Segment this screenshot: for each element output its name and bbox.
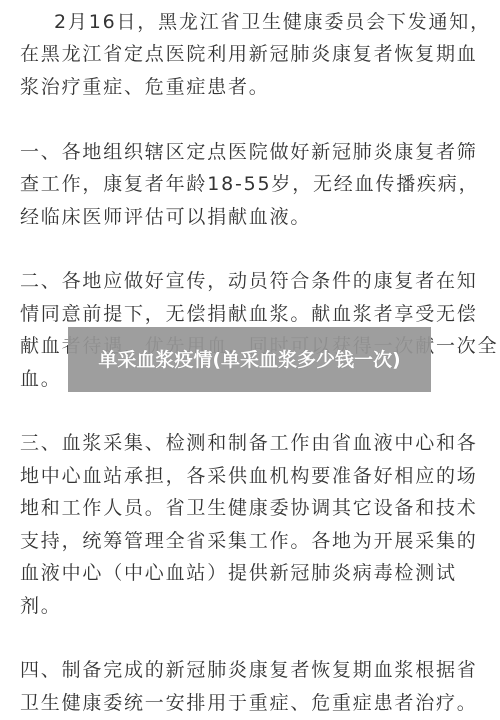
paragraph-line: 二、各地应做好宣传，动员符合条件的康复者在知 (20, 265, 490, 297)
paragraph-line: 浆治疗重症、危重症患者。 (20, 71, 490, 103)
paragraph-item-3: 三、血浆采集、检测和制备工作由省血液中心和各 地中心血站承担，各采供血机构要准备… (20, 427, 490, 622)
paragraph-line: 经临床医师评估可以捐献血液。 (20, 201, 490, 233)
paragraph-spacer (20, 103, 490, 135)
paragraph-line: 三、血浆采集、检测和制备工作由省血液中心和各 (20, 427, 490, 459)
paragraph-line: 支持，统筹管理全省采集工作。各地为开展采集的 (20, 525, 490, 557)
paragraph-item-4: 四、制备完成的新冠肺炎康复者恢复期血浆根据省 卫生健康委统一安排用于重症、危重症… (20, 654, 490, 719)
paragraph-line: 一、各地组织辖区定点医院做好新冠肺炎康复者筛 (20, 136, 490, 168)
paragraph-spacer (20, 395, 490, 427)
paragraph-line: 四、制备完成的新冠肺炎康复者恢复期血浆根据省 (20, 654, 490, 686)
paragraph-line: 情同意前提下，无偿捐献血浆。献血浆者享受无偿 (20, 298, 490, 330)
paragraph-line: 卫生健康委统一安排用于重症、危重症患者治疗。 (20, 687, 490, 719)
paragraph-item-1: 一、各地组织辖区定点医院做好新冠肺炎康复者筛 查工作，康复者年龄18-55岁，无… (20, 136, 490, 233)
paragraph-line: 查工作，康复者年龄18-55岁，无经血传播疾病， (20, 168, 490, 200)
paragraph-line: 地中心血站承担，各采供血机构要准备好相应的场 (20, 460, 490, 492)
paragraph-line: 剂。 (20, 590, 490, 622)
overlay-title: 单采血浆疫情(单采血浆多少钱一次) (85, 345, 415, 375)
paragraph-line: 血液中心（中心血站）提供新冠肺炎病毒检测试 (20, 557, 490, 589)
paragraph-notice: 2月16日，黑龙江省卫生健康委员会下发通知， 在黑龙江省定点医院利用新冠肺炎康复… (20, 6, 490, 103)
paragraph-line: 在黑龙江省定点医院利用新冠肺炎康复者恢复期血 (20, 38, 490, 70)
paragraph-line: 地和工作人员。省卫生健康委协调其它设备和技术 (20, 492, 490, 524)
paragraph-line: 2月16日，黑龙江省卫生健康委员会下发通知， (20, 6, 490, 38)
paragraph-spacer (20, 233, 490, 265)
title-overlay-banner: 单采血浆疫情(单采血浆多少钱一次) (68, 327, 431, 392)
paragraph-spacer (20, 622, 490, 654)
